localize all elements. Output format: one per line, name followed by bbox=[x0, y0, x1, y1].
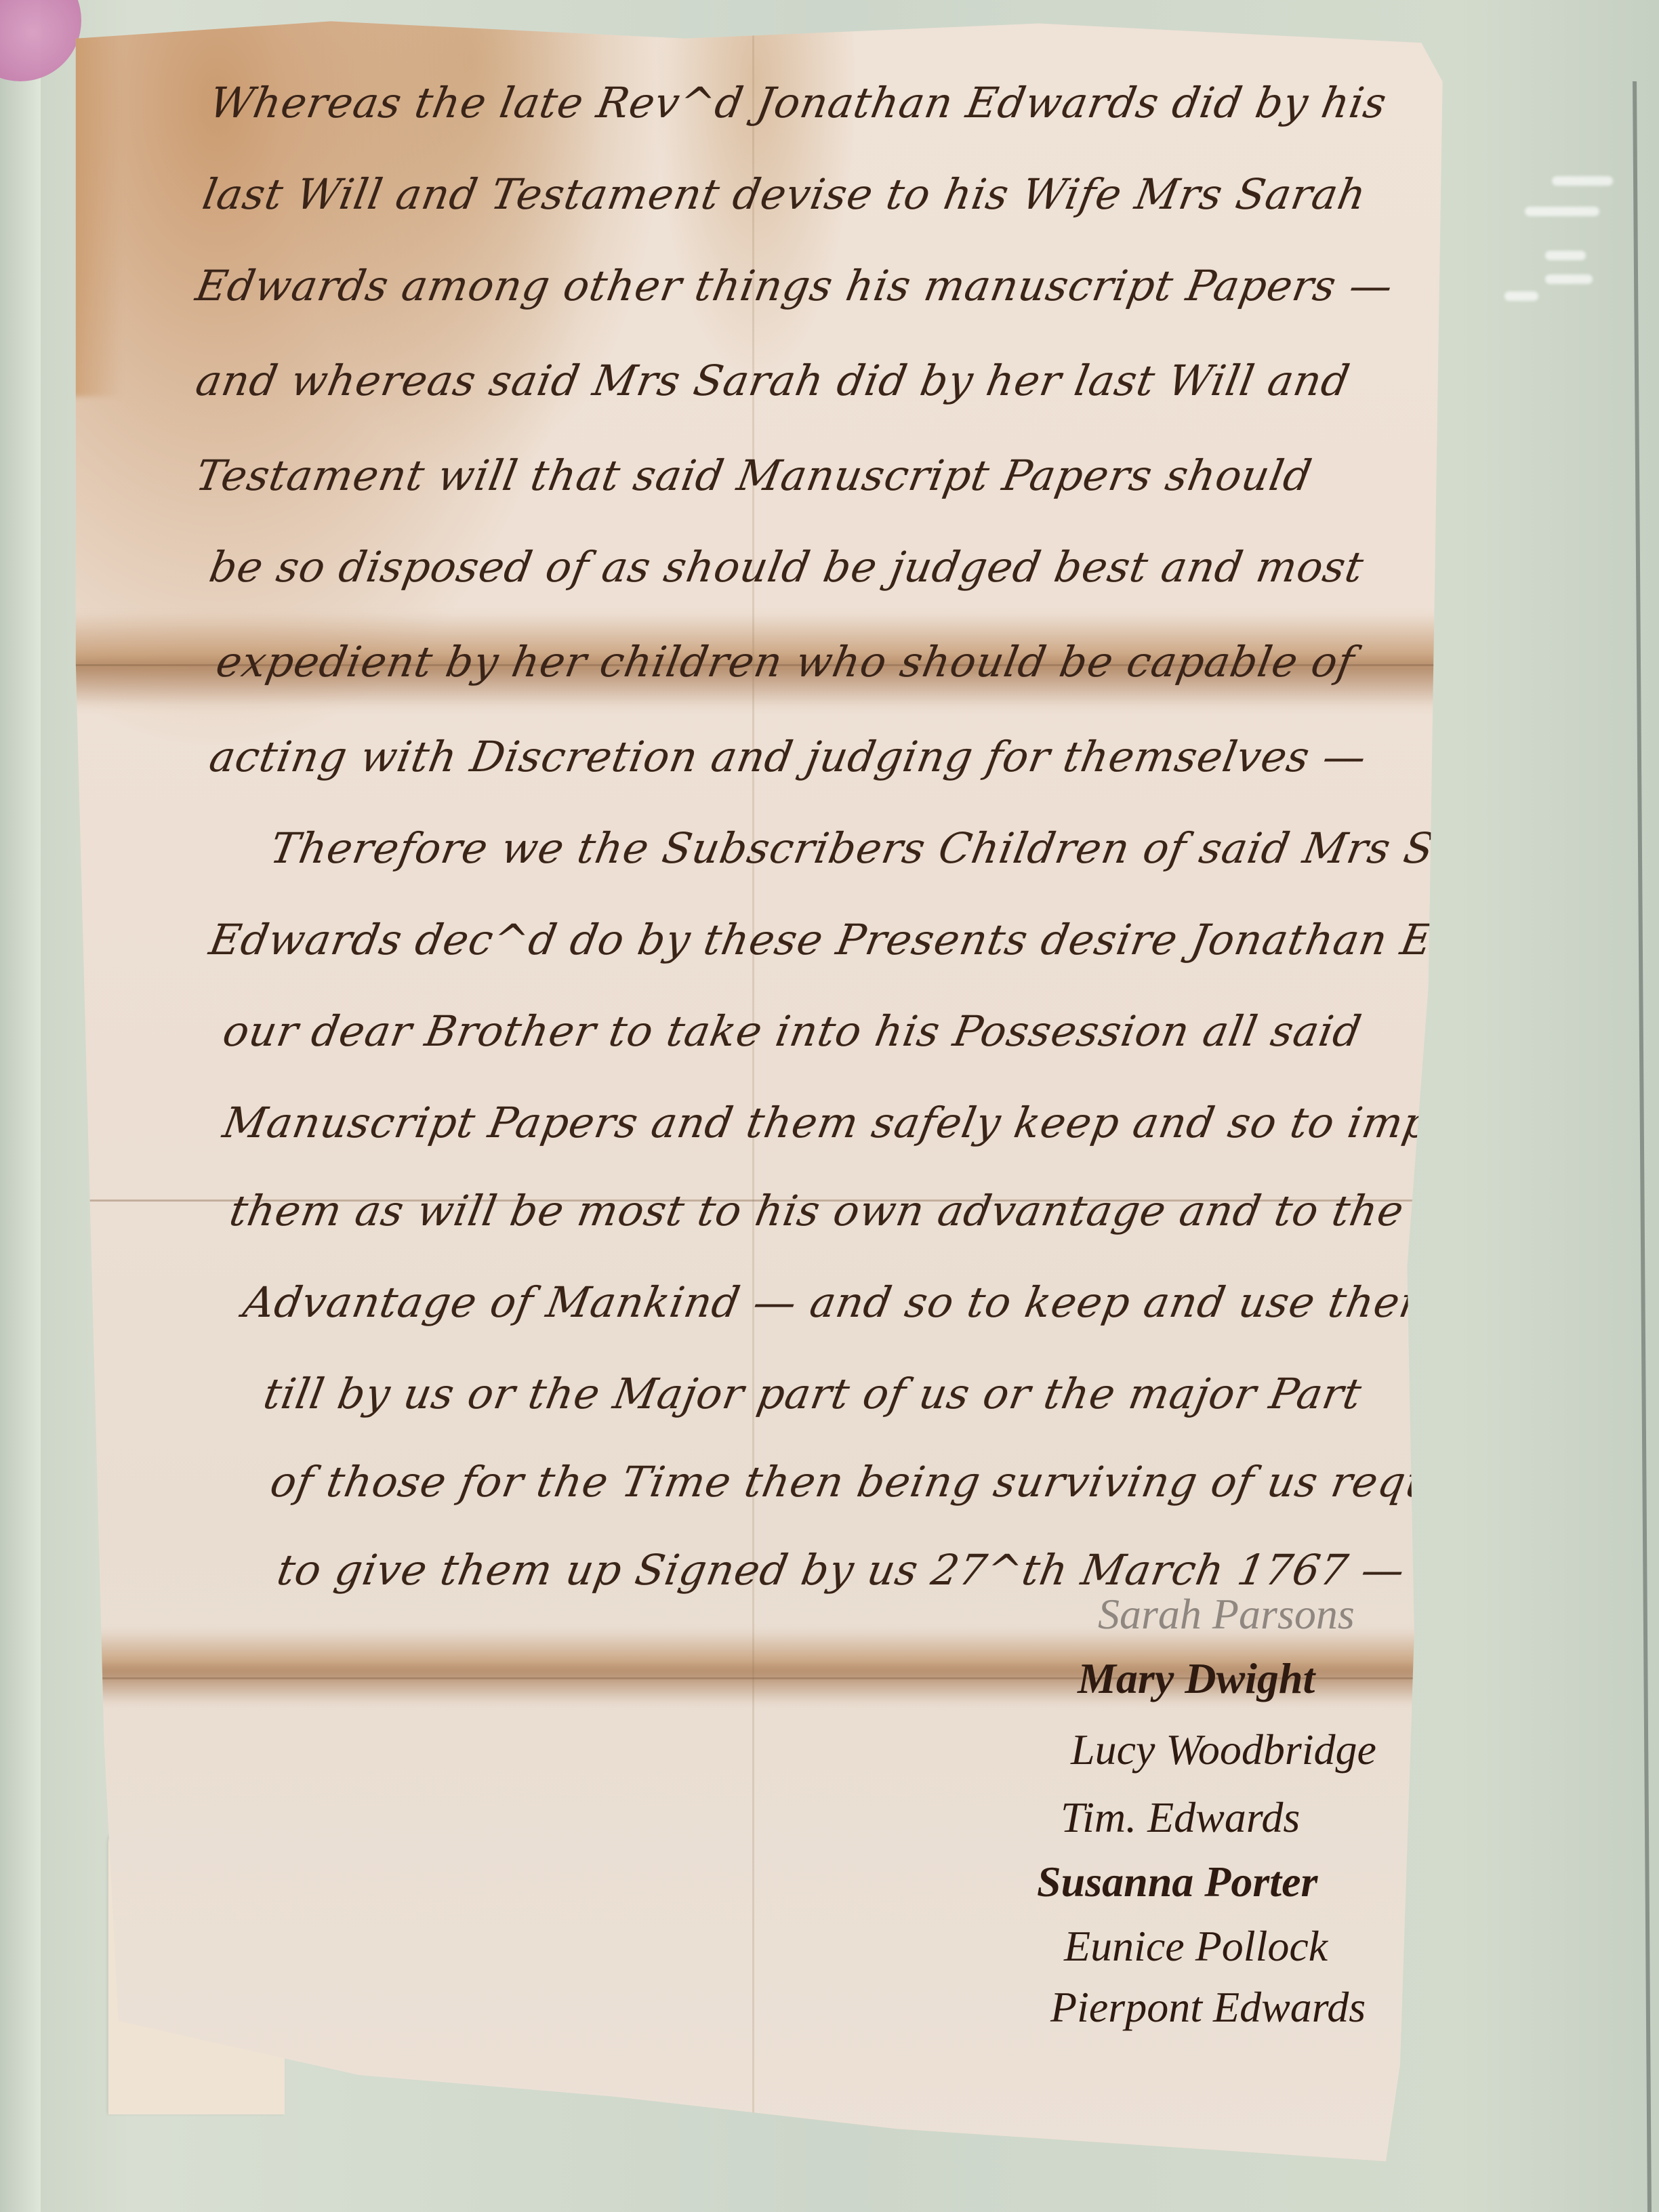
body-line: till by us or the Major part of us or th… bbox=[260, 1369, 1366, 1418]
manuscript-paper: Whereas the late Rev^d Jonathan Edwards … bbox=[47, 17, 1464, 2172]
body-line: Manuscript Papers and them safely keep a… bbox=[220, 1098, 1532, 1147]
display-case-edge bbox=[0, 0, 41, 2212]
body-line: and whereas said Mrs Sarah did by her la… bbox=[192, 356, 1354, 405]
body-line: Advantage of Mankind — and so to keep an… bbox=[240, 1277, 1445, 1327]
display-case-rail bbox=[1633, 81, 1652, 2212]
body-line: Edwards dec^d do by these Presents desir… bbox=[206, 915, 1598, 964]
body-line: of those for the Time then being survivi… bbox=[267, 1457, 1526, 1507]
glass-reflection bbox=[1552, 176, 1613, 186]
body-line: expedient by her children who should be … bbox=[213, 637, 1359, 687]
signature: Susanna Porter bbox=[1037, 1857, 1317, 1907]
glass-reflection bbox=[1525, 207, 1599, 216]
body-line: Testament will that said Manuscript Pape… bbox=[192, 451, 1316, 500]
body-line: them as will be most to his own advantag… bbox=[226, 1186, 1408, 1235]
fold-line-vertical bbox=[752, 17, 754, 2172]
glass-reflection bbox=[1545, 274, 1593, 284]
body-line: Edwards among other things his manuscrip… bbox=[192, 261, 1397, 310]
signature: Sarah Parsons bbox=[1098, 1589, 1355, 1639]
body-line: to give them up Signed by us 27^th March… bbox=[274, 1545, 1409, 1595]
signature: Tim. Edwards bbox=[1061, 1793, 1300, 1843]
glass-reflection bbox=[1504, 291, 1538, 301]
signature: Pierpont Edwards bbox=[1050, 1982, 1366, 2032]
signature: Eunice Pollock bbox=[1064, 1921, 1328, 1971]
body-line: acting with Discretion and judging for t… bbox=[206, 732, 1371, 781]
body-line: last Will and Testament devise to his Wi… bbox=[199, 169, 1370, 219]
signature: Mary Dwight bbox=[1078, 1654, 1315, 1704]
body-line: be so disposed of as should be judged be… bbox=[206, 542, 1368, 592]
body-line: Whereas the late Rev^d Jonathan Edwards … bbox=[206, 78, 1391, 127]
body-line: our dear Brother to take into his Posses… bbox=[220, 1006, 1366, 1056]
signature: Lucy Woodbridge bbox=[1071, 1725, 1376, 1775]
glass-reflection bbox=[1545, 251, 1586, 260]
body-line: Therefore we the Subscribers Children of… bbox=[267, 823, 1538, 873]
water-stain bbox=[47, 17, 122, 396]
pink-object-corner bbox=[0, 0, 81, 81]
